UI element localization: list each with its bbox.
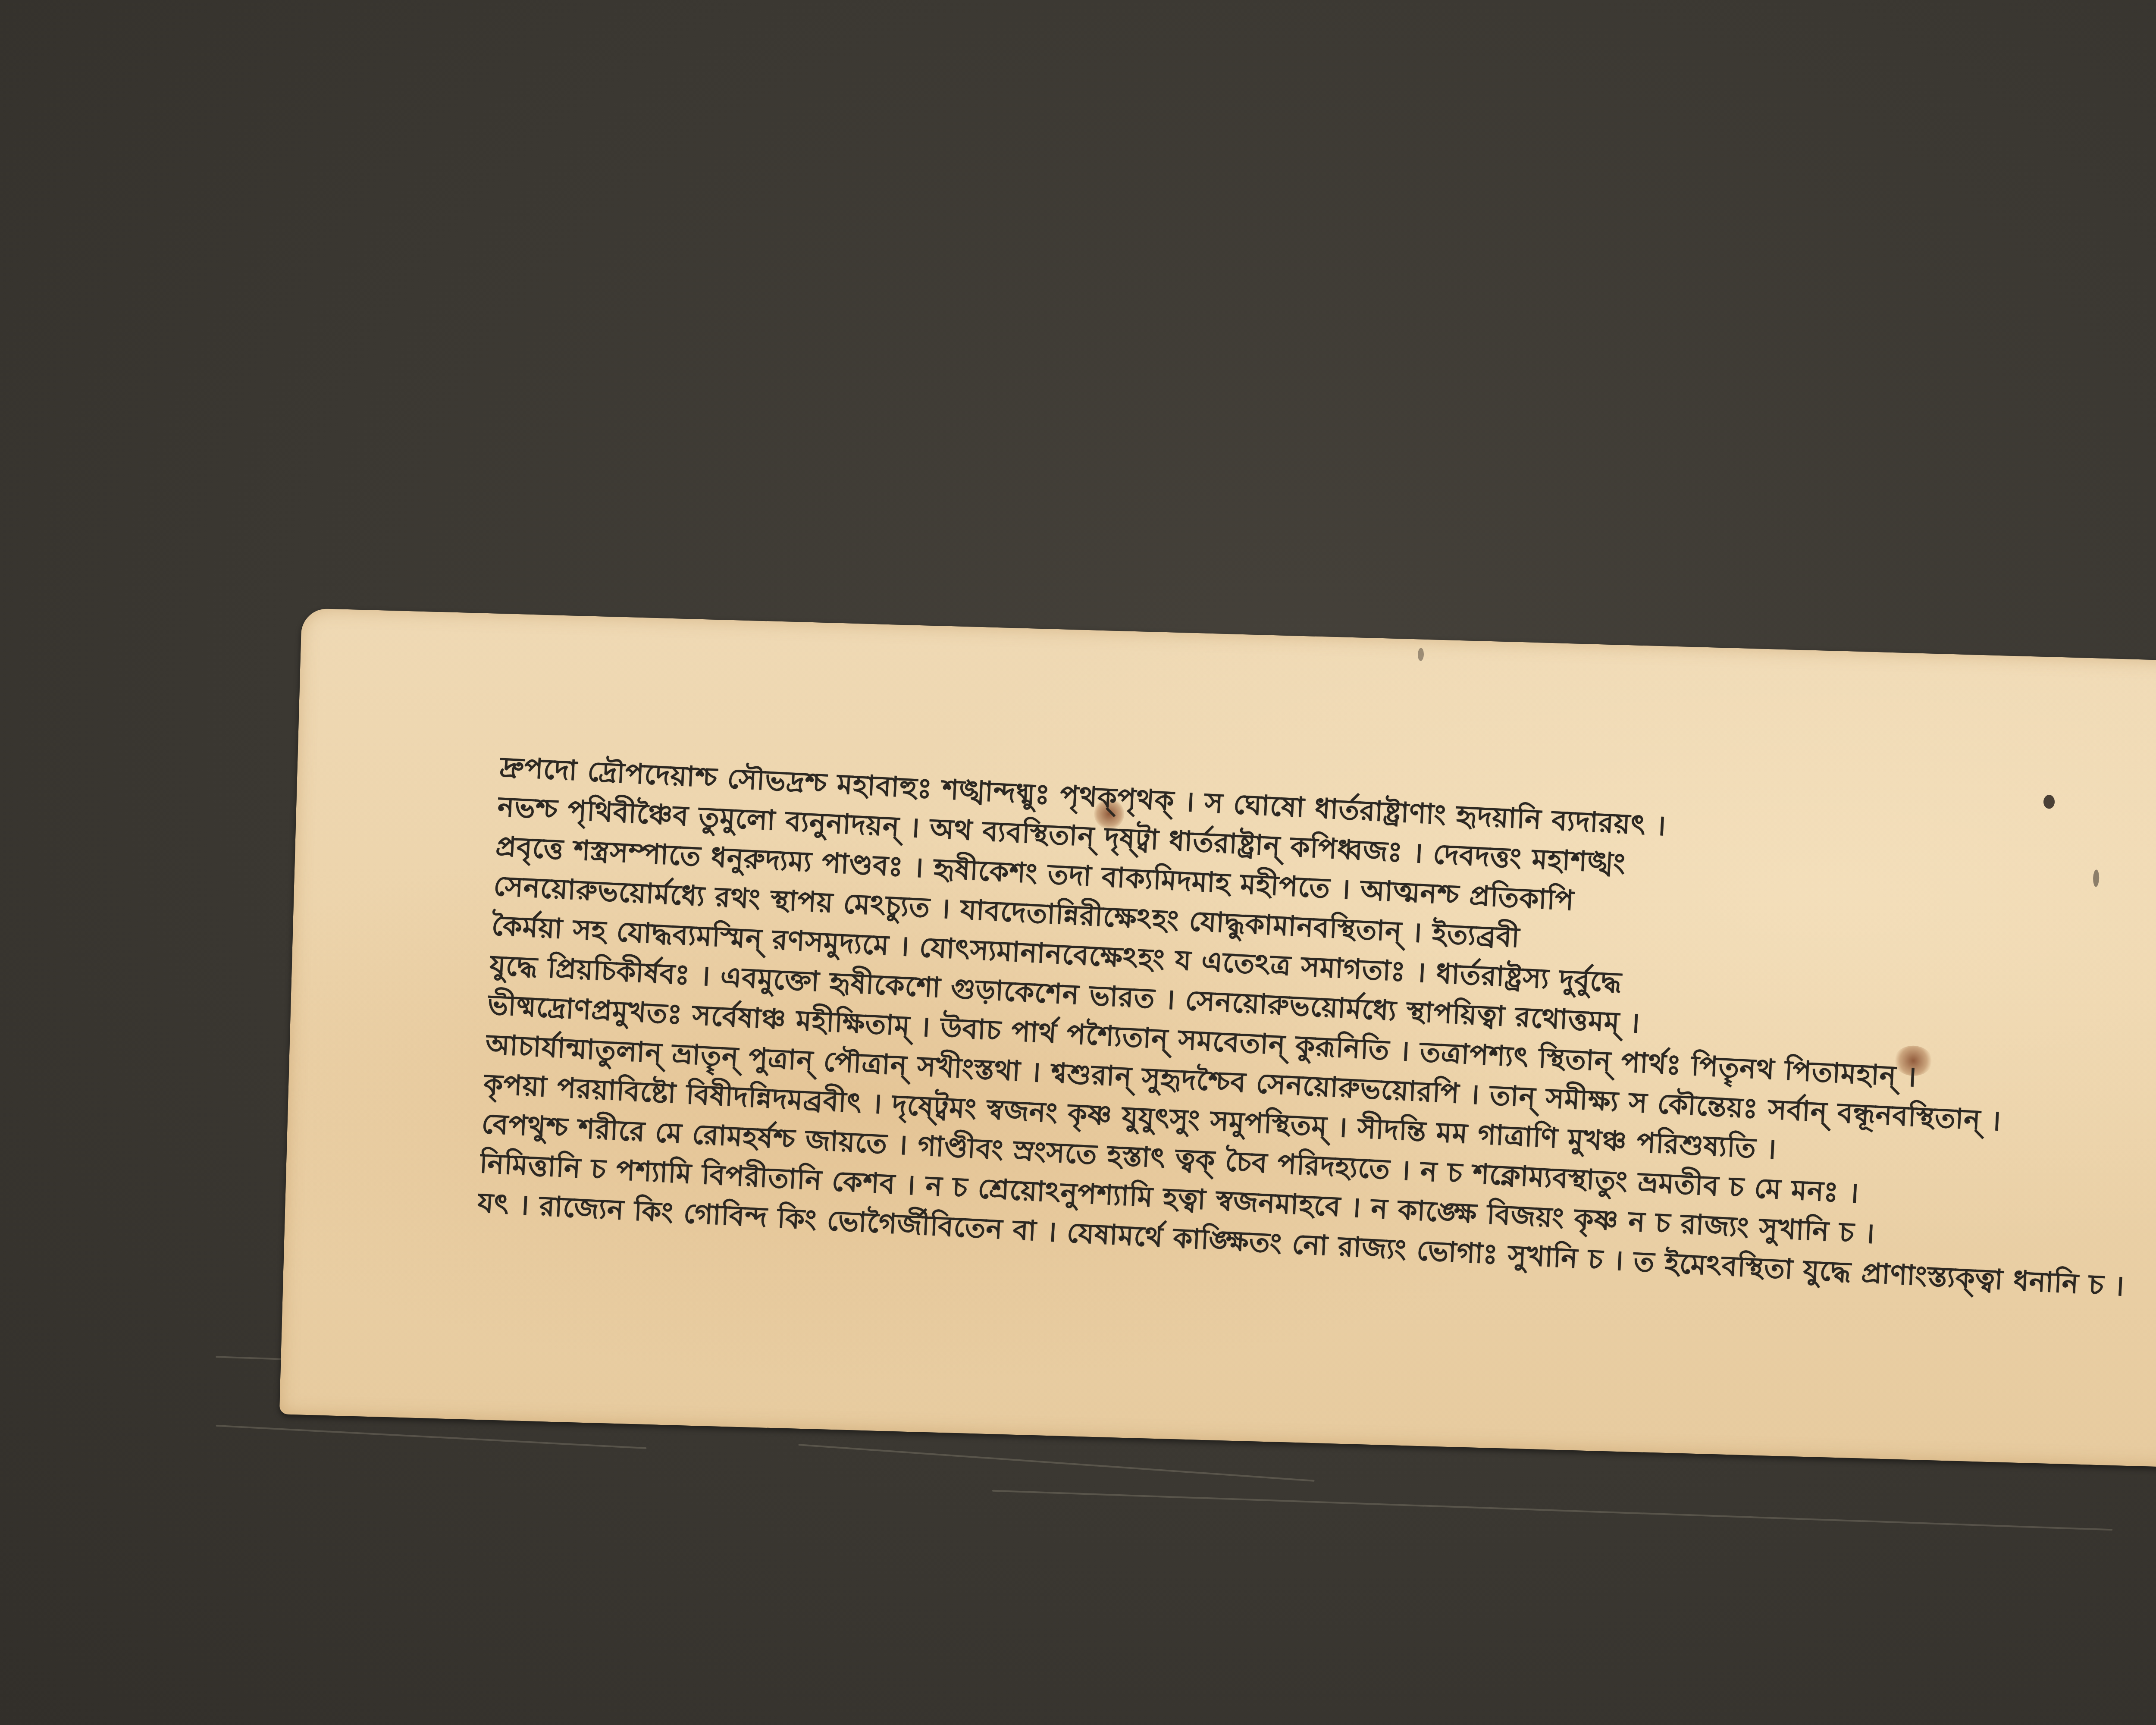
- paper-speck: [2043, 795, 2055, 809]
- manuscript-leaf: দ্রুপদো দ্রৌপদেয়াশ্চ সৌভদ্রশ্চ মহাবাহুঃ…: [279, 608, 2156, 1468]
- mount-crease: [216, 1425, 647, 1449]
- manuscript-text: দ্রুপদো দ্রৌপদেয়াশ্চ সৌভদ্রশ্চ মহাবাহুঃ…: [476, 747, 2156, 1307]
- mount-crease: [992, 1490, 2113, 1531]
- mount-crease: [798, 1444, 1314, 1482]
- photograph-background: দ্রুপদো দ্রৌপদেয়াশ্চ সৌভদ্রশ্চ মহাবাহুঃ…: [0, 0, 2156, 1725]
- paper-speck: [1418, 648, 1424, 661]
